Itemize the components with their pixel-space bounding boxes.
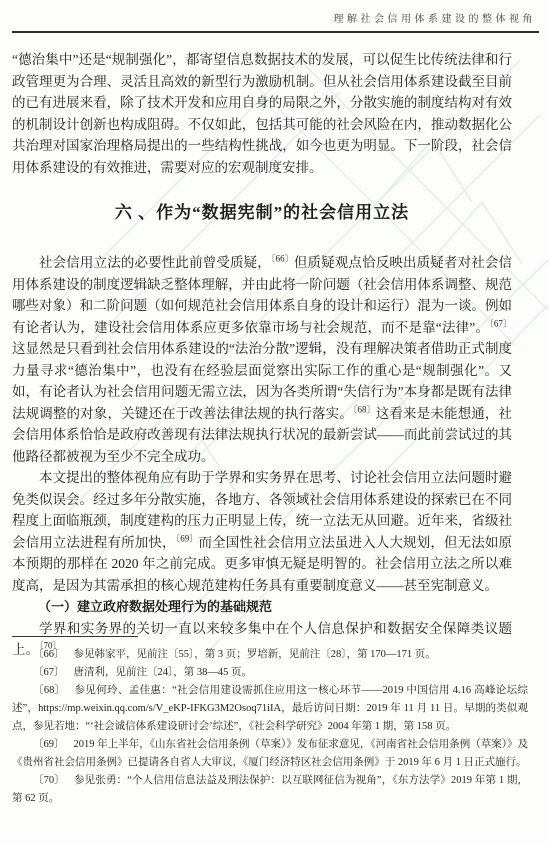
paragraph-3: 本文提出的整体视角应有助于学界和实务界在思考、讨论社会信用立法问题时避免类似误会… — [12, 467, 512, 596]
sub-section-heading: （一）建立政府数据处理行为的基础规范 — [12, 596, 512, 618]
footnote-item: 〔68〕参见何玲、孟佳惠：“社会信用建设需抓住应用这一核心环节——2019 中国… — [12, 682, 528, 736]
footnote-item: 〔69〕2019 年上半年，《山东省社会信用条例（草案）》发布征求意见，《河南省… — [12, 736, 528, 772]
header-rule — [12, 31, 539, 33]
footnote-separator — [12, 636, 138, 637]
paragraph-continuation: “德治集中”还是“规制强化”，都寄望信息数据技术的发展，可以促生比传统法律和行政… — [12, 49, 512, 178]
page-container: 理解社会信用体系建设的整体视角 “德治集中”还是“规制强化”，都寄望信息数据技术… — [0, 0, 550, 844]
footnote-label: 〔70〕 — [33, 775, 65, 786]
footnote-text: 参见何玲、孟佳惠：“社会信用建设需抓住应用这一核心环节——2019 中国信用 4… — [12, 685, 528, 732]
footnote-marker-69: 〔69〕 — [176, 533, 199, 543]
footnote-marker-67: 〔67〕 — [489, 318, 512, 328]
footnote-item: 〔67〕唐清利，见前注〔24〕，第 38—45 页。 — [12, 664, 528, 682]
footnotes-section: 〔66〕参见韩家平，见前注〔55〕，第 3 页；罗培新，见前注〔28〕，第 17… — [12, 646, 528, 808]
footnote-label: 〔67〕 — [33, 667, 65, 678]
footnote-text: 参见张勇：“个人信用信息法益及刑法保护：以互联网征信为视角”，《东方法学》201… — [12, 775, 528, 804]
footnote-text: 2019 年上半年，《山东省社会信用条例（草案）》发布征求意见，《河南省社会信用… — [12, 739, 528, 768]
footnote-marker-66: 〔66〕 — [271, 254, 294, 264]
footnote-text: 参见韩家平，见前注〔55〕，第 3 页；罗培新，见前注〔28〕，第 170—17… — [74, 649, 436, 660]
footnote-label: 〔69〕 — [33, 739, 65, 750]
section-heading: 六 、作为“数据宪制”的社会信用立法 — [12, 200, 512, 226]
footnote-marker-68: 〔68〕 — [353, 404, 376, 414]
footnote-text: 唐清利，见前注〔24〕，第 38—45 页。 — [74, 667, 253, 678]
body-column: “德治集中”还是“规制强化”，都寄望信息数据技术的发展，可以促生比传统法律和行政… — [12, 49, 512, 661]
paragraph-2-text: 社会信用立法的必要性此前曾受质疑， — [39, 255, 271, 270]
footnote-item: 〔66〕参见韩家平，见前注〔55〕，第 3 页；罗培新，见前注〔28〕，第 17… — [12, 646, 528, 664]
footnote-item: 〔70〕参见张勇：“个人信用信息法益及刑法保护：以互联网征信为视角”，《东方法学… — [12, 772, 528, 808]
running-title: 理解社会信用体系建设的整体视角 — [12, 10, 536, 25]
footnote-label: 〔66〕 — [33, 649, 65, 660]
paragraph-2: 社会信用立法的必要性此前曾受质疑，〔66〕但质疑观点恰反映出质疑者对社会信用体系… — [12, 252, 512, 467]
footnote-label: 〔68〕 — [33, 685, 66, 696]
